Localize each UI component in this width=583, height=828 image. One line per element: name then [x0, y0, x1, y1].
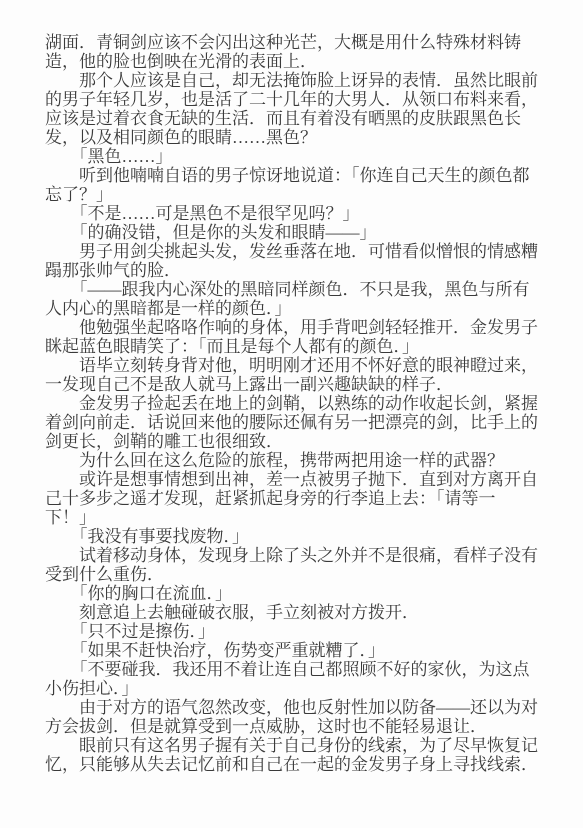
- text-line: 小伤担心．」: [45, 679, 550, 698]
- text-line: 造，他的脸也倒映在光滑的表面上．: [45, 52, 550, 71]
- text-line: 己十多步之遥才发现，赶紧抓起身旁的行李追上去：「请等一: [45, 489, 550, 508]
- text-line: 的男子年轻几岁，也是活了二十几年的大男人．从领口布料来看，: [45, 90, 550, 109]
- body-text: 湖面．青铜剑应该不会闪出这种光芒，大概是用什么特殊材料铸造，他的脸也倒映在光滑的…: [45, 33, 550, 774]
- text-line: 「我没有事要找废物．」: [45, 527, 550, 546]
- text-line: 着剑向前走．话说回来他的腰际还佩有另一把漂亮的剑，比手上的: [45, 413, 550, 432]
- text-line: 「你的胸口在流血．」: [45, 584, 550, 603]
- text-line: 「不要碰我．我还用不着让连自己都照顾不好的家伙，为这点: [45, 660, 550, 679]
- text-line: 语毕立刻转身背对他，明明刚才还用不怀好意的眼神瞪过来，: [45, 356, 550, 375]
- text-line: 听到他喃喃自语的男子惊讶地说道：「你连自己天生的颜色都: [45, 166, 550, 185]
- text-line: 「——跟我内心深处的黑暗同样颜色．不只是我，黑色与所有: [45, 280, 550, 299]
- text-line: 眼前只有这名男子握有关于自己身份的线索，为了尽早恢复记: [45, 736, 550, 755]
- text-line: 剑更长，剑鞘的雕工也很细致．: [45, 432, 550, 451]
- text-line: 眯起蓝色眼睛笑了：「而且是每个人都有的颜色．」: [45, 337, 550, 356]
- text-line: 受到什么重伤．: [45, 565, 550, 584]
- text-line: 应该是过着衣食无缺的生活．而且有着没有晒黑的皮肤跟黑色长: [45, 109, 550, 128]
- text-line: 人内心的黑暗都是一样的颜色．」: [45, 299, 550, 318]
- text-line: 「只不过是擦伤．」: [45, 622, 550, 641]
- text-line: 刻意追上去触碰破衣服，手立刻被对方拨开．: [45, 603, 550, 622]
- text-line: 忆，只能够从失去记忆前和自己在一起的金发男子身上寻找线索．: [45, 755, 550, 774]
- text-line: 金发男子捡起丢在地上的剑鞘，以熟练的动作收起长剑，紧握: [45, 394, 550, 413]
- text-line: 下！」: [45, 508, 550, 527]
- text-line: 「的确没错，但是你的头发和眼睛——」: [45, 223, 550, 242]
- text-line: 或许是想事情想到出神，差一点被男子抛下．直到对方离开自: [45, 470, 550, 489]
- text-line: 那个人应该是自己，却无法掩饰脸上讶异的表情．虽然比眼前: [45, 71, 550, 90]
- text-line: 蹋那张帅气的脸．: [45, 261, 550, 280]
- text-line: 「黑色……」: [45, 147, 550, 166]
- text-line: 他勉强坐起咯咯作响的身体，用手背吧剑轻轻推开．金发男子: [45, 318, 550, 337]
- text-line: 「不是……可是黑色不是很罕见吗？」: [45, 204, 550, 223]
- text-line: 试着移动身体，发现身上除了头之外并不是很痛，看样子没有: [45, 546, 550, 565]
- novel-page: 湖面．青铜剑应该不会闪出这种光芒，大概是用什么特殊材料铸造，他的脸也倒映在光滑的…: [0, 0, 583, 828]
- text-line: 一发现自己不是敌人就马上露出一副兴趣缺缺的样子．: [45, 375, 550, 394]
- text-line: 方会拔剑．但是就算受到一点威胁，这时也不能轻易退让．: [45, 717, 550, 736]
- text-line: 由于对方的语气忽然改变，他也反射性加以防备——还以为对: [45, 698, 550, 717]
- text-line: 男子用剑尖挑起头发，发丝垂落在地．可惜看似憎恨的情感糟: [45, 242, 550, 261]
- text-line: 发，以及相同颜色的眼睛……黑色？: [45, 128, 550, 147]
- text-line: 「如果不赶快治疗，伤势变严重就糟了．」: [45, 641, 550, 660]
- text-line: 湖面．青铜剑应该不会闪出这种光芒，大概是用什么特殊材料铸: [45, 33, 550, 52]
- text-line: 忘了？」: [45, 185, 550, 204]
- text-line: 为什么回在这么危险的旅程，携带两把用途一样的武器？: [45, 451, 550, 470]
